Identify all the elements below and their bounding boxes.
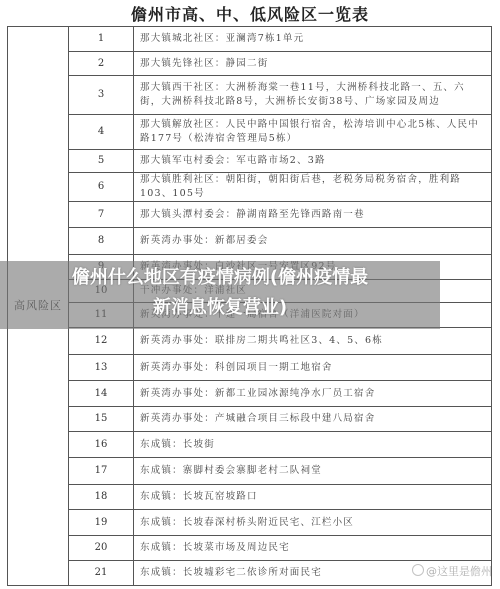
paw-icon: [412, 564, 424, 576]
document-title: 儋州市高、中、低风险区一览表: [0, 2, 500, 25]
table-row: 2那大镇先锋社区：静园二街: [8, 52, 492, 76]
location-cell: 那大镇胜利社区：朝阳街，朝阳街后巷，老税务局税务宿舍，胜利路103、105号: [134, 173, 492, 202]
location-cell: 东成镇：寨脚村委会寨脚老村二队祠堂: [134, 458, 492, 485]
location-cell: 那大镇先锋社区：静园二街: [134, 52, 492, 76]
row-number: 13: [69, 355, 134, 381]
row-number: 15: [69, 407, 134, 432]
table-row: 14新英湾办事处：新都工业园冰源纯净水厂员工宿舍: [8, 381, 492, 407]
row-number: 18: [69, 485, 134, 510]
location-cell: 新英湾办事处：产城融合项目三标段中建八局宿舍: [134, 407, 492, 432]
row-number: 3: [69, 76, 134, 115]
row-number: 4: [69, 115, 134, 150]
table-row: 17东成镇：寨脚村委会寨脚老村二队祠堂: [8, 458, 492, 485]
table-row: 4那大镇解放社区：人民中路中国银行宿舍，松涛培训中心北5栋、人民中路177号（松…: [8, 115, 492, 150]
row-number: 16: [69, 432, 134, 458]
location-cell: 新英湾办事处：新都居委会: [134, 228, 492, 255]
row-number: 19: [69, 510, 134, 536]
headline-line-1: 儋州什么地区有疫情病例(儋州疫情最: [0, 263, 440, 293]
table-row: 6那大镇胜利社区：朝阳街，朝阳街后巷，老税务局税务宿舍，胜利路103、105号: [8, 173, 492, 202]
headline-text[interactable]: 儋州什么地区有疫情病例(儋州疫情最 新消息恢复营业): [0, 263, 440, 323]
location-cell: 新英湾办事处：科创园项目一期工地宿舍: [134, 355, 492, 381]
location-cell: 东成镇：长坡瓦窑坡路口: [134, 485, 492, 510]
location-cell: 那大镇西干社区：大洲桥海棠一巷11号，大洲桥科技北路一、五、六街，大洲桥科技北路…: [134, 76, 492, 115]
location-cell: 那大镇军屯村委会：军屯路市场2、3路: [134, 150, 492, 173]
table-row: 3那大镇西干社区：大洲桥海棠一巷11号，大洲桥科技北路一、五、六街，大洲桥科技北…: [8, 76, 492, 115]
row-number: 7: [69, 202, 134, 228]
watermark-text: @这里是儋州: [426, 565, 492, 578]
row-number: 20: [69, 536, 134, 561]
location-cell: 那大镇头潭村委会：静湖南路至先锋西路南一巷: [134, 202, 492, 228]
table-row: 5那大镇军屯村委会：军屯路市场2、3路: [8, 150, 492, 173]
row-number: 8: [69, 228, 134, 255]
row-number: 2: [69, 52, 134, 76]
table-row: 15新英湾办事处：产城融合项目三标段中建八局宿舍: [8, 407, 492, 432]
row-number: 5: [69, 150, 134, 173]
table-row: 高风险区1那大镇城北社区：亚澜湾7栋1单元: [8, 27, 492, 52]
location-cell: 新英湾办事处：联排房二期共鸣社区3、4、5、6栋: [134, 328, 492, 355]
table-row: 13新英湾办事处：科创园项目一期工地宿舍: [8, 355, 492, 381]
location-cell: 东成镇：长坡街: [134, 432, 492, 458]
table-row: 20东成镇：长坡菜市场及周边民宅: [8, 536, 492, 561]
location-cell: 那大镇解放社区：人民中路中国银行宿舍，松涛培训中心北5栋、人民中路177号（松涛…: [134, 115, 492, 150]
row-number: 17: [69, 458, 134, 485]
table-row: 12新英湾办事处：联排房二期共鸣社区3、4、5、6栋: [8, 328, 492, 355]
location-cell: 新英湾办事处：新都工业园冰源纯净水厂员工宿舍: [134, 381, 492, 407]
location-cell: 东成镇：长坡菜市场及周边民宅: [134, 536, 492, 561]
row-number: 6: [69, 173, 134, 202]
table-row: 8新英湾办事处：新都居委会: [8, 228, 492, 255]
table-row: 16东成镇：长坡街: [8, 432, 492, 458]
table-row: 7那大镇头潭村委会：静湖南路至先锋西路南一巷: [8, 202, 492, 228]
location-cell: 那大镇城北社区：亚澜湾7栋1单元: [134, 27, 492, 52]
headline-line-2: 新消息恢复营业): [0, 293, 440, 323]
row-number: 14: [69, 381, 134, 407]
location-cell: 东成镇：长坡春深村桥头附近民宅、江栏小区: [134, 510, 492, 536]
row-number: 1: [69, 27, 134, 52]
row-number: 12: [69, 328, 134, 355]
table-row: 18东成镇：长坡瓦窑坡路口: [8, 485, 492, 510]
watermark: @这里是儋州: [412, 563, 492, 579]
row-number: 21: [69, 561, 134, 586]
table-row: 19东成镇：长坡春深村桥头附近民宅、江栏小区: [8, 510, 492, 536]
